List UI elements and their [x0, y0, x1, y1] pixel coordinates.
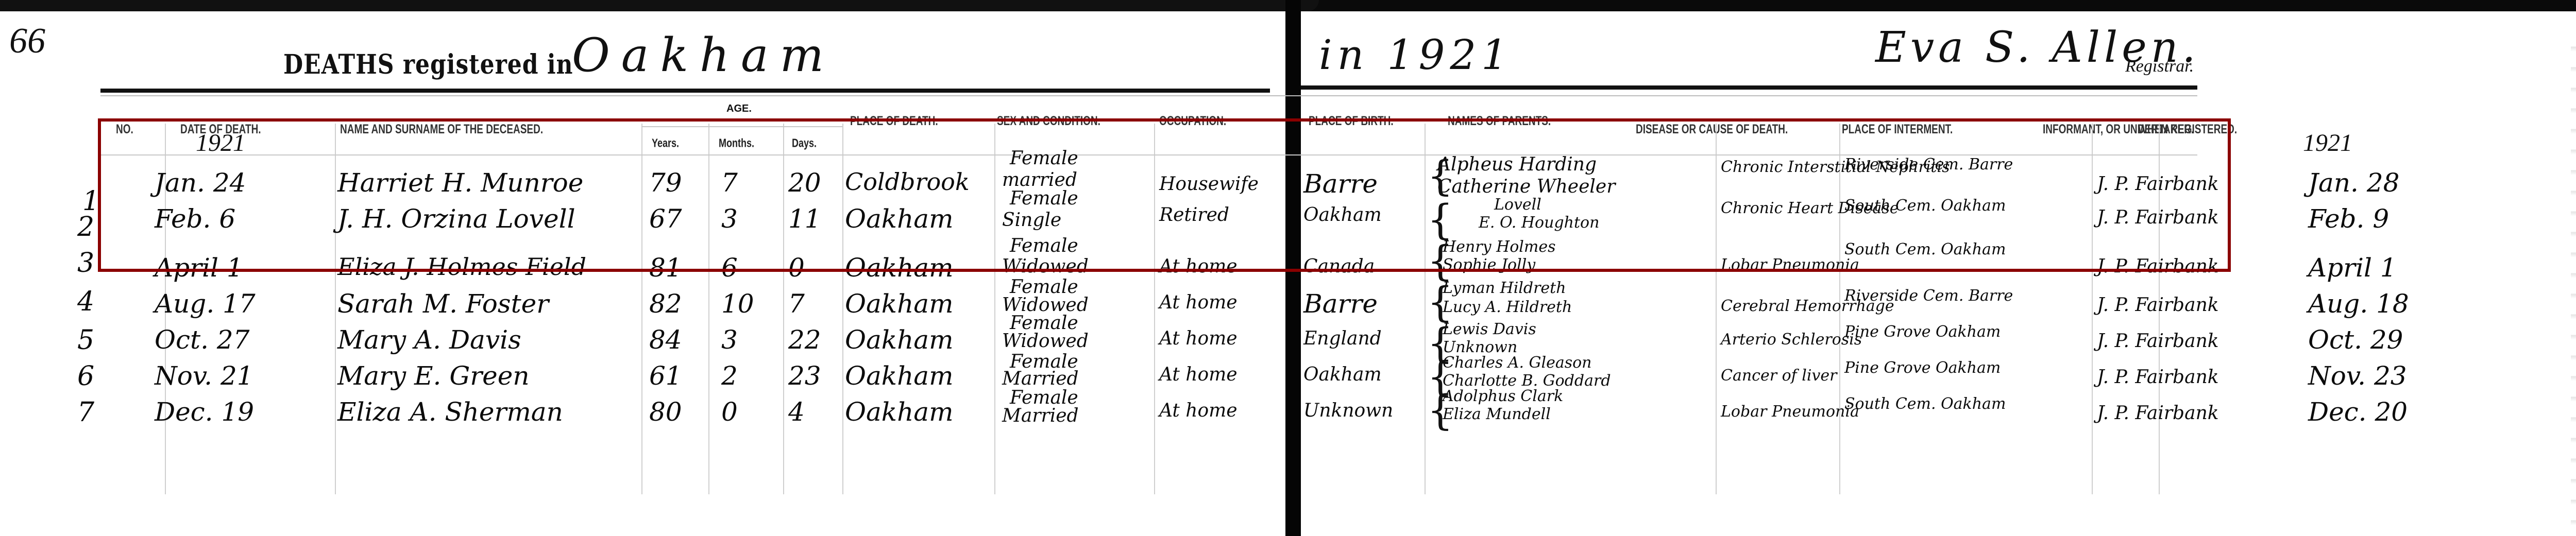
record-father: Lewis Davis — [1443, 322, 1536, 337]
record-cause: Lobar Pneumonia — [1721, 257, 1859, 273]
record-condition: married — [1002, 171, 1077, 189]
record-months: 3 — [721, 206, 738, 232]
record-days: 11 — [788, 206, 821, 232]
record-months: 6 — [721, 255, 738, 281]
grid-line — [783, 124, 784, 494]
col-header-sex-condition: SEX AND CONDITION. — [997, 114, 1100, 129]
grid-line — [708, 124, 709, 494]
record-mother: E. O. Houghton — [1479, 215, 1599, 231]
record-mother: Catherine Wheeler — [1437, 178, 1615, 196]
town-name: Oakham — [572, 28, 835, 82]
scan-top-edge-left — [0, 0, 1319, 11]
grid-line — [1154, 124, 1155, 494]
parents-brace: { — [1427, 386, 1453, 434]
record-registered: Oct. 29 — [2308, 327, 2403, 353]
record-name: J. H. Orzina Lovell — [337, 206, 575, 232]
col-header-registered: WHEN REGISTERED. — [2138, 123, 2237, 137]
record-name: Mary E. Green — [337, 363, 530, 389]
record-name: Eliza J. Holmes Field — [337, 255, 586, 279]
grid-line — [994, 124, 995, 494]
record-occupation: Retired — [1159, 206, 1229, 224]
registrar-label: Registrar. — [2125, 57, 2194, 76]
record-informant: J. P. Fairbank — [2097, 332, 2219, 351]
record-birthplace: Canada — [1303, 257, 1375, 276]
record-condition: Widowed — [1002, 332, 1089, 351]
record-cause: Cancer of liver — [1721, 368, 1837, 384]
record-place-of-death: Coldbrook — [845, 170, 970, 194]
record-registered: Dec. 20 — [2308, 399, 2408, 425]
parents-brace: { — [1427, 152, 1453, 200]
header-rule-right — [1301, 85, 2197, 90]
record-father: Henry Holmes — [1443, 239, 1555, 255]
record-registered: Nov. 23 — [2308, 363, 2407, 389]
record-condition: Married — [1002, 407, 1079, 425]
record-sex: Female — [1010, 189, 1078, 208]
record-name: Mary A. Davis — [337, 327, 521, 353]
record-place-of-death: Oakham — [845, 363, 954, 389]
record-condition: Widowed — [1002, 296, 1089, 315]
record-birthplace: England — [1303, 330, 1382, 348]
record-occupation: At home — [1159, 330, 1238, 348]
record-name: Eliza A. Sherman — [337, 399, 563, 425]
grid-line — [842, 124, 843, 494]
record-years: 84 — [649, 327, 682, 353]
record-interment: Riverside Cem. Barre — [1844, 157, 2013, 172]
grid-line — [335, 124, 336, 494]
record-father: Adolphus Clark — [1443, 389, 1563, 404]
record-cause: Arterio Schlerosis — [1721, 332, 1862, 348]
record-birthplace: Unknown — [1303, 402, 1393, 420]
record-date: Oct. 27 — [155, 327, 250, 353]
record-cause: Lobar Pneumonia — [1721, 404, 1859, 420]
year-prefix: in — [1319, 31, 1369, 79]
record-years: 82 — [649, 291, 682, 317]
record-sex: Female — [1010, 149, 1078, 168]
grid-line — [641, 124, 642, 494]
record-date: Nov. 21 — [155, 363, 253, 389]
record-place-of-death: Oakham — [845, 399, 954, 425]
record-no: 3 — [77, 250, 94, 276]
record-occupation: Housewife — [1159, 175, 1259, 194]
record-interment: Pine Grove Oakham — [1844, 360, 2001, 376]
record-informant: J. P. Fairbank — [2097, 209, 2219, 227]
col-header-name: NAME AND SURNAME OF THE DECEASED. — [340, 123, 543, 137]
record-registered: April 1 — [2308, 255, 2397, 281]
record-father: Charles A. Gleason — [1443, 355, 1592, 371]
grid-line — [1716, 124, 1717, 494]
col-header-days: Days. — [792, 136, 817, 150]
record-date: Dec. 19 — [155, 399, 254, 425]
record-registered: Feb. 9 — [2308, 206, 2389, 232]
register-title: DEATHS registered in — [283, 49, 573, 80]
record-birthplace: Oakham — [1303, 206, 1382, 224]
col-header-place-of-death: PLACE OF DEATH. — [850, 114, 938, 129]
book-gutter — [1285, 0, 1301, 536]
record-days: 0 — [788, 255, 805, 281]
record-days: 20 — [788, 170, 821, 196]
record-place-of-death: Oakham — [845, 255, 954, 281]
record-days: 4 — [788, 399, 805, 425]
record-father: Lovell — [1494, 197, 1541, 213]
grid-line — [2092, 124, 2093, 494]
header-rule-thin — [100, 95, 2197, 96]
record-years: 79 — [649, 170, 682, 196]
record-occupation: At home — [1159, 257, 1238, 276]
record-mother: Lucy A. Hildreth — [1443, 300, 1572, 315]
grid-line — [1425, 124, 1426, 494]
record-interment: Riverside Cem. Barre — [1844, 288, 2013, 304]
record-occupation: At home — [1159, 402, 1238, 420]
header-rule-left — [100, 89, 1270, 93]
record-place-of-death: Oakham — [845, 291, 954, 317]
record-informant: J. P. Fairbank — [2097, 296, 2219, 315]
record-informant: J. P. Fairbank — [2097, 368, 2219, 387]
col-header-no: NO. — [116, 123, 133, 137]
col-header-age: AGE. — [726, 103, 752, 115]
record-sex: Female — [1010, 278, 1078, 297]
col-header-place-of-birth: PLACE OF BIRTH. — [1309, 114, 1394, 129]
col-header-years: Years. — [652, 136, 679, 150]
col-header-months: Months. — [719, 136, 754, 150]
record-mother: Eliza Mundell — [1443, 407, 1551, 422]
record-birthplace: Oakham — [1303, 366, 1382, 384]
record-informant: J. P. Fairbank — [2097, 257, 2219, 276]
record-months: 2 — [721, 363, 738, 389]
register-year: 1921 — [1387, 31, 1513, 79]
record-years: 67 — [649, 206, 682, 232]
record-condition: Married — [1002, 370, 1079, 388]
record-no: 1 — [82, 188, 99, 215]
record-informant: J. P. Fairbank — [2097, 175, 2219, 194]
record-date: Aug. 17 — [155, 291, 256, 317]
record-days: 22 — [788, 327, 821, 353]
record-date: April 1 — [155, 255, 243, 281]
col-header-interment: PLACE OF INTERMENT. — [1842, 123, 1953, 137]
record-interment: South Cem. Oakham — [1844, 242, 2006, 257]
record-no: 4 — [77, 288, 94, 315]
record-interment: South Cem. Oakham — [1844, 198, 2006, 214]
date-year-header: 1921 — [196, 129, 245, 157]
col-header-parents: NAMES OF PARENTS. — [1448, 114, 1551, 129]
record-years: 80 — [649, 399, 682, 425]
record-registered: Jan. 28 — [2308, 170, 2399, 196]
record-mother: Sophie Jolly — [1443, 257, 1535, 273]
record-father: Alpheus Harding — [1437, 155, 1597, 174]
page-number: 66 — [9, 21, 45, 62]
record-mother: Unknown — [1443, 340, 1517, 355]
record-sex: Female — [1010, 314, 1078, 333]
record-months: 3 — [721, 327, 738, 353]
record-occupation: At home — [1159, 293, 1238, 312]
record-sex: Female — [1010, 237, 1078, 255]
record-father: Lyman Hildreth — [1443, 281, 1566, 296]
record-condition: Widowed — [1002, 257, 1089, 276]
page-edge-noise — [2571, 31, 2576, 525]
age-subheader-line — [641, 126, 842, 127]
record-date: Feb. 6 — [155, 206, 235, 232]
record-mother: Charlotte B. Goddard — [1443, 373, 1611, 389]
record-months: 10 — [721, 291, 754, 317]
record-condition: Single — [1002, 211, 1061, 230]
record-place-of-death: Oakham — [845, 327, 954, 353]
record-name: Sarah M. Foster — [337, 291, 549, 317]
record-no: 2 — [77, 214, 94, 240]
record-no: 7 — [77, 399, 94, 426]
col-header-cause: DISEASE OR CAUSE OF DEATH. — [1636, 123, 1788, 137]
record-days: 7 — [788, 291, 805, 317]
record-interment: South Cem. Oakham — [1844, 396, 2006, 412]
record-interment: Pine Grove Oakham — [1844, 324, 2001, 340]
record-birthplace: Barre — [1303, 171, 1378, 197]
record-date: Jan. 24 — [155, 170, 246, 196]
record-name: Harriet H. Munroe — [337, 170, 583, 196]
record-years: 81 — [649, 255, 682, 281]
record-years: 61 — [649, 363, 682, 389]
registered-year-header: 1921 — [2303, 129, 2352, 157]
record-place-of-death: Oakham — [845, 206, 954, 232]
record-no: 5 — [77, 327, 94, 354]
record-no: 6 — [77, 363, 94, 390]
record-birthplace: Barre — [1303, 291, 1378, 317]
record-sex: Female — [1010, 389, 1078, 407]
record-registered: Aug. 18 — [2308, 291, 2409, 317]
record-months: 7 — [721, 170, 738, 196]
record-occupation: At home — [1159, 366, 1238, 384]
record-informant: J. P. Fairbank — [2097, 404, 2219, 423]
record-days: 23 — [788, 363, 821, 389]
record-months: 0 — [721, 399, 738, 425]
col-header-occupation: OCCUPATION. — [1159, 114, 1226, 129]
